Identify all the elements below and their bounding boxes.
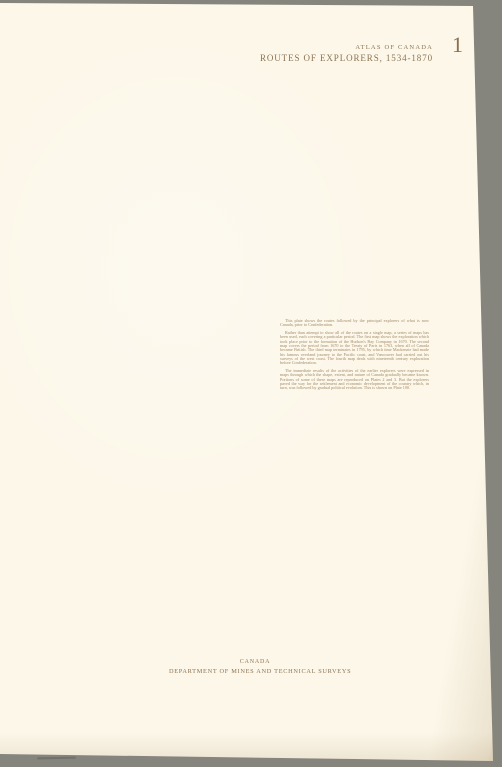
plate-title: ROUTES OF EXPLORERS, 1534-1870	[260, 53, 433, 63]
plate-description: This plate shows the routes followed by …	[280, 319, 429, 391]
series-title: ATLAS OF CANADA	[355, 44, 433, 51]
description-paragraph: The immediate results of the activities …	[280, 369, 429, 391]
description-paragraph: Rather than attempt to show all of the r…	[280, 331, 429, 366]
scan-artifact-mark	[37, 757, 76, 760]
page-footer: CANADA DEPARTMENT OF MINES AND TECHNICAL…	[169, 659, 341, 675]
description-paragraph: This plate shows the routes followed by …	[280, 319, 429, 328]
scanned-atlas-screenshot: { "page": { "header": { "series_title": …	[0, 0, 502, 767]
plate-number: 1	[452, 34, 463, 56]
footer-department: DEPARTMENT OF MINES AND TECHNICAL SURVEY…	[169, 668, 341, 675]
footer-country: CANADA	[169, 659, 341, 665]
